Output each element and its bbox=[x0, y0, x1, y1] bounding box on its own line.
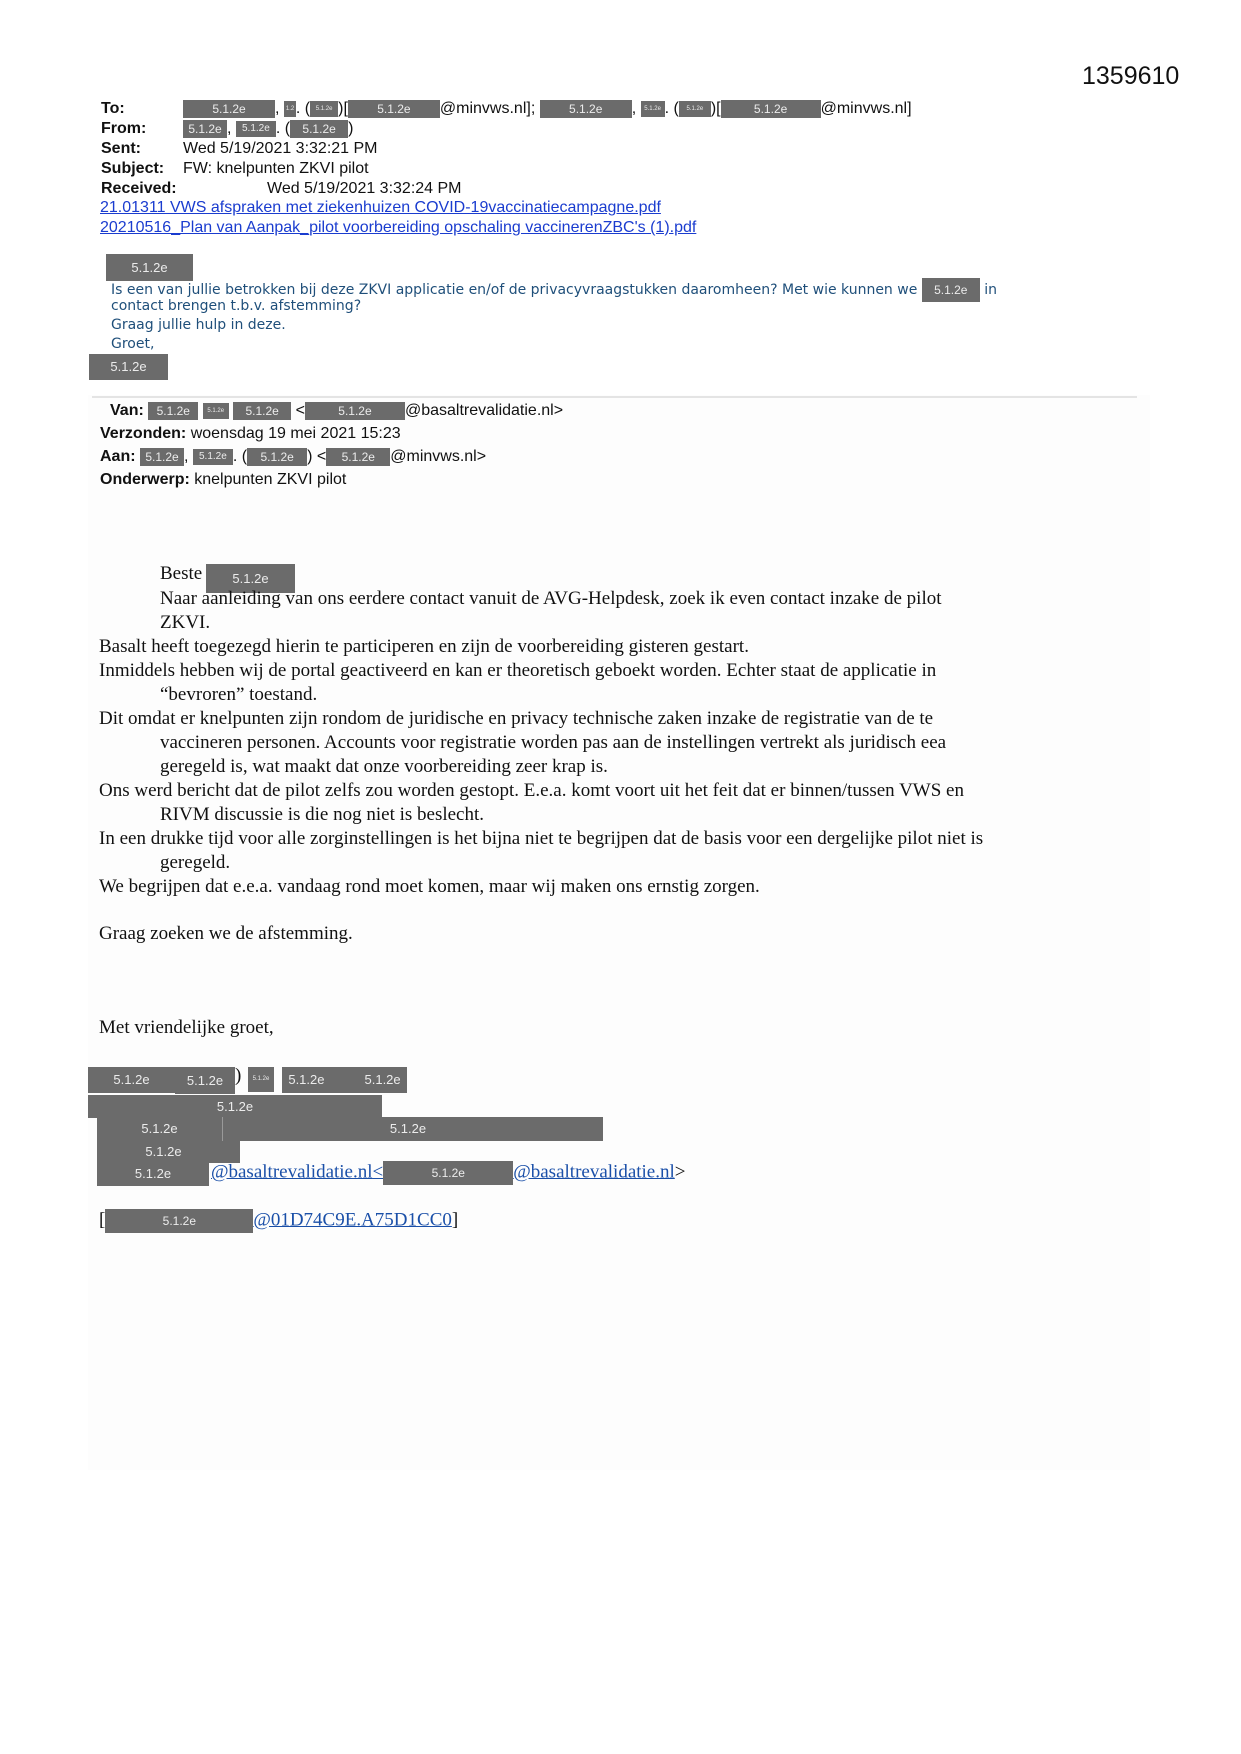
body-line: Inmiddels hebben wij de portal geactivee… bbox=[99, 660, 936, 682]
redaction-label: 5.1.2e bbox=[97, 1117, 223, 1141]
close-bracket: ] bbox=[452, 1209, 458, 1230]
forward-note-text: in bbox=[984, 282, 997, 298]
greeting: Beste bbox=[160, 563, 202, 585]
verzonden-label: Verzonden: bbox=[100, 425, 186, 442]
body-line: geregeld. bbox=[160, 852, 230, 874]
redaction: 5.1.2e bbox=[310, 101, 338, 117]
lt-symbol: < bbox=[373, 1161, 384, 1182]
redaction-label: 5.1.2e bbox=[145, 1144, 181, 1159]
original-onderwerp-row: Onderwerp: knelpunten ZKVI pilot bbox=[100, 468, 346, 491]
van-domain: @basaltrevalidatie.nl> bbox=[405, 402, 563, 419]
to-label: To: bbox=[101, 99, 183, 118]
header-sent-row: Sent:Wed 5/19/2021 3:32:21 PM bbox=[101, 139, 378, 158]
aan-domain: @minvws.nl> bbox=[390, 448, 486, 465]
original-van-row: Van: 5.1.2e 5.1.2e 5.1.2e <5.1.2e@basalt… bbox=[110, 399, 563, 422]
redaction-label: 5.1.2e bbox=[223, 1117, 593, 1141]
sent-label: Sent: bbox=[101, 139, 183, 158]
signature-email-row: @basaltrevalidatie.nl<5.1.2e@basaltreval… bbox=[211, 1161, 686, 1185]
body-line: Graag zoeken we de afstemming. bbox=[99, 923, 353, 945]
forward-note-line: Graag jullie hulp in deze. bbox=[111, 316, 286, 335]
redaction: 5.1.2e bbox=[183, 100, 275, 118]
redaction: 5.1.2e bbox=[348, 100, 440, 118]
subject-value: FW: knelpunten ZKVI pilot bbox=[183, 160, 369, 177]
redaction: 5.1.2e bbox=[236, 121, 276, 137]
redaction: 5.1.2e bbox=[106, 254, 193, 281]
original-verzonden-row: Verzonden: woensdag 19 mei 2021 15:23 bbox=[100, 422, 401, 445]
attachment-link[interactable]: 20210516_Plan van Aanpak_pilot voorberei… bbox=[100, 219, 696, 237]
forward-note-line: contact brengen t.b.v. afstemming? bbox=[111, 297, 361, 316]
body-line: Dit omdat er knelpunten zijn rondom de j… bbox=[99, 708, 933, 730]
header-from-row: From:5.1.2e, 5.1.2e. (5.1.2e) bbox=[101, 119, 353, 138]
sent-value: Wed 5/19/2021 3:32:21 PM bbox=[183, 140, 378, 157]
attachment-link[interactable]: 21.01311 VWS afspraken met ziekenhuizen … bbox=[100, 199, 661, 217]
body-line: RIVM discussie is die nog niet is beslec… bbox=[160, 804, 484, 826]
received-value: Wed 5/19/2021 3:32:24 PM bbox=[267, 180, 462, 197]
redaction-label: 5.1.2e bbox=[288, 1072, 324, 1087]
redaction: 5.1.2e bbox=[88, 1095, 382, 1118]
redaction: 5.1.2e bbox=[326, 448, 390, 466]
body-line: Basalt heeft toegezegd hierin te partici… bbox=[99, 636, 749, 658]
redaction: 5.1.2e bbox=[540, 100, 632, 118]
body-line: geregeld is, wat maakt dat onze voorbere… bbox=[160, 756, 608, 778]
body-line: vaccineren personen. Accounts voor regis… bbox=[160, 732, 946, 754]
header-to-row: To:5.1.2e, 1.2. (5.1.2e)[5.1.2e@minvws.n… bbox=[101, 99, 912, 118]
body-line: ZKVI. bbox=[160, 612, 210, 634]
redaction: 5.1.2e bbox=[97, 1141, 240, 1163]
to-domain: @minvws.nl]; bbox=[440, 100, 535, 117]
verzonden-value: woensdag 19 mei 2021 15:23 bbox=[191, 425, 401, 442]
image-ref-link[interactable]: @01D74C9E.A75D1CC0 bbox=[253, 1209, 452, 1230]
redaction: 5.1.2e bbox=[922, 278, 980, 302]
signature-email-link[interactable]: @basaltrevalidatie.nl bbox=[513, 1161, 675, 1182]
redaction: 5.1.2e bbox=[105, 1209, 253, 1233]
gt-symbol: > bbox=[675, 1161, 686, 1182]
from-label: From: bbox=[101, 119, 183, 138]
closing: Met vriendelijke groet, bbox=[99, 1017, 274, 1039]
redaction: 5.1.2e bbox=[305, 402, 405, 420]
greeting-text: Beste bbox=[160, 563, 202, 584]
redaction: 5.1.2e bbox=[290, 120, 348, 138]
redaction: 1.2 bbox=[284, 101, 296, 117]
onderwerp-value: knelpunten ZKVI pilot bbox=[194, 471, 346, 488]
forward-note-line: Groet, bbox=[111, 335, 154, 354]
redaction: 5.1.2e bbox=[175, 1067, 235, 1094]
header-subject-row: Subject:FW: knelpunten ZKVI pilot bbox=[101, 159, 369, 178]
header-received-row: Received:Wed 5/19/2021 3:32:24 PM bbox=[101, 179, 462, 198]
redaction: 5.1.2e bbox=[203, 403, 229, 419]
received-label: Received: bbox=[101, 179, 267, 198]
divider bbox=[92, 396, 1137, 398]
forward-note-text: Is een van jullie betrokken bij deze ZKV… bbox=[111, 282, 917, 298]
redaction: 5.1.2e bbox=[183, 120, 227, 138]
body-line: Ons werd bericht dat de pilot zelfs zou … bbox=[99, 780, 964, 802]
to-domain: @minvws.nl] bbox=[821, 100, 912, 117]
redaction: 5.1.2e bbox=[233, 402, 291, 420]
redaction: 5.1.2e bbox=[97, 1162, 209, 1186]
redaction-label: 5.1.2e bbox=[365, 1072, 401, 1087]
redaction: 5.1.2e bbox=[248, 1067, 274, 1092]
redaction: 5.1.2e bbox=[89, 354, 168, 380]
signature-email-link[interactable]: @basaltrevalidatie.nl bbox=[211, 1161, 373, 1182]
body-line: Naar aanleiding van ons eerdere contact … bbox=[160, 588, 942, 610]
van-label: Van: bbox=[110, 402, 144, 419]
onderwerp-label: Onderwerp: bbox=[100, 471, 190, 488]
redaction: 5.1.2e bbox=[383, 1161, 513, 1185]
redaction: 5.1.2e5.1.2e bbox=[282, 1067, 407, 1093]
redaction: 5.1.2e5.1.2e bbox=[97, 1117, 603, 1141]
signature-paren: ) bbox=[235, 1065, 241, 1087]
redaction: 5.1.2e bbox=[193, 449, 233, 465]
redaction: 5.1.2e bbox=[148, 402, 198, 420]
document-id: 1359610 bbox=[1082, 62, 1179, 91]
subject-label: Subject: bbox=[101, 159, 183, 178]
signature-image-ref: [5.1.2e@01D74C9E.A75D1CC0] bbox=[99, 1209, 458, 1233]
body-line: We begrijpen dat e.e.a. vandaag rond moe… bbox=[99, 876, 760, 898]
aan-label: Aan: bbox=[100, 448, 136, 465]
redaction: 5.1.2e bbox=[679, 101, 711, 117]
body-line: “bevroren” toestand. bbox=[160, 684, 317, 706]
redaction: 5.1.2e bbox=[140, 448, 184, 466]
redaction: 5.1.2e bbox=[721, 100, 821, 118]
body-line: In een drukke tijd voor alle zorginstell… bbox=[99, 828, 983, 850]
redaction: 5.1.2e bbox=[247, 448, 307, 466]
original-aan-row: Aan: 5.1.2e, 5.1.2e. (5.1.2e) <5.1.2e@mi… bbox=[100, 445, 486, 468]
redaction: 5.1.2e bbox=[641, 101, 665, 117]
redaction-label: 5.1.2e bbox=[113, 1072, 149, 1087]
